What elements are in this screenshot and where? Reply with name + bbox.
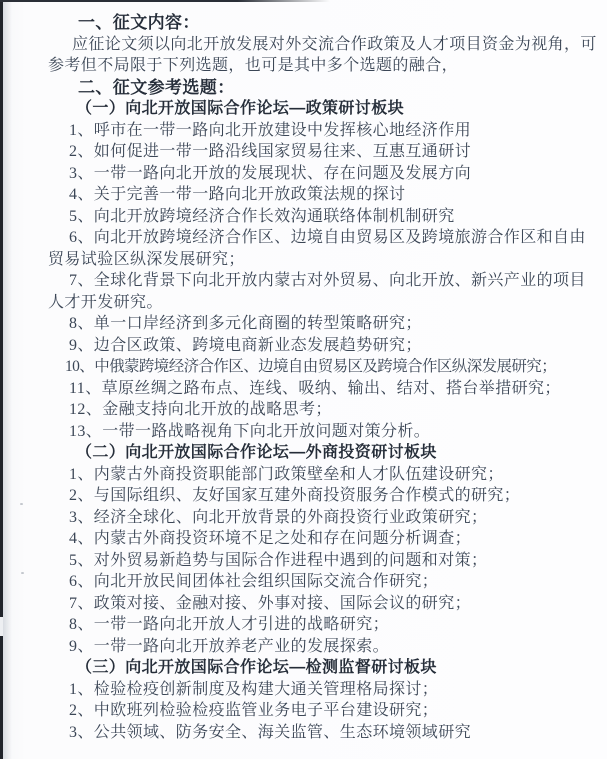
- list-item-continuation: 人才开发研究。: [48, 292, 595, 314]
- list-item: 4、关于完善一带一路向北开放政策法规的探讨: [48, 184, 595, 206]
- list-item: 11、草原丝绸之路布点、连线、吸纳、输出、结对、搭台举措研究；: [48, 378, 595, 400]
- list-item: 9、边合区政策、跨境电商新业态发展趋势研究；: [48, 335, 595, 357]
- list-item: 7、全球化背景下向北开放内蒙古对外贸易、向北开放、新兴产业的项目: [48, 270, 595, 292]
- list-item: 2、中欧班列检验检疫监管业务电子平台建设研究；: [48, 700, 595, 722]
- list-item: 8、一带一路向北开放人才引进的战略研究；: [48, 614, 595, 636]
- subheading-policy-forum: （一）向北开放国际合作论坛—政策研讨板块: [48, 98, 595, 120]
- list-item: 1、呼市在一带一路向北开放建设中发挥核心地经济作用: [48, 120, 595, 142]
- list-item: 8、单一口岸经济到多元化商圈的转型策略研究；: [48, 313, 595, 335]
- list-item: 6、向北开放跨境经济合作区、边境自由贸易区及跨境旅游合作区和自由: [48, 227, 595, 249]
- list-item: 3、经济全球化、向北开放背景的外商投资行业政策研究；: [48, 507, 595, 529]
- intro-paragraph-line: 参考但不局限于下列选题，也可是其中多个选题的融合，: [48, 55, 595, 77]
- heading-essay-content: 一、征文内容：: [48, 12, 595, 34]
- dust-speck: [21, 572, 24, 574]
- list-item: 6、向北开放民间团体社会组织国际交流合作研究；: [48, 571, 595, 593]
- list-item: 4、内蒙古外商投资环境不足之处和存在问题分析调查；: [48, 528, 595, 550]
- list-item: 12、金融支持向北开放的战略思考；: [48, 399, 595, 421]
- intro-paragraph-line: 应征论文须以向北开放发展对外交流合作政策及人才项目资金为视角，可: [48, 34, 595, 56]
- scan-edge-left-shadow: [3, 0, 12, 759]
- list-item-continuation: 贸易试验区纵深发展研究；: [48, 249, 595, 271]
- list-item: 3、一带一路向北开放的发展现状、存在问题及发展方向: [48, 163, 595, 185]
- list-item: 2、如何促进一带一路沿线国家贸易往来、互惠互通研讨: [48, 141, 595, 163]
- subheading-inspection-supervision-forum: （三）向北开放国际合作论坛—检测监督研讨板块: [48, 657, 595, 679]
- list-item: 9、一带一路向北开放养老产业的发展探索。: [48, 636, 595, 658]
- document-body: 一、征文内容： 应征论文须以向北开放发展对外交流合作政策及人才项目资金为视角，可…: [48, 12, 595, 743]
- list-item: 1、检验检疫创新制度及构建大通关管理格局探讨；: [48, 679, 595, 701]
- list-item: 1、内蒙古外商投资职能部门政策壁垒和人才队伍建设研究；: [48, 464, 595, 486]
- list-item: 5、对外贸易新趋势与国际合作进程中遇到的问题和对策；: [48, 550, 595, 572]
- list-item: 2、与国际组织、友好国家互建外商投资服务合作模式的研究；: [48, 485, 595, 507]
- scanned-document-page: 一、征文内容： 应征论文须以向北开放发展对外交流合作政策及人才项目资金为视角，可…: [0, 0, 607, 759]
- list-item: 13、一带一路战略视角下向北开放问题对策分析。: [48, 421, 595, 443]
- list-item: 3、公共领域、防务安全、海关监管、生态环境领域研究: [48, 722, 595, 744]
- scan-edge-notch: [0, 617, 3, 636]
- list-item: 7、政策对接、金融对接、外事对接、国际会议的研究；: [48, 593, 595, 615]
- scan-edge-top: [0, 0, 330, 2]
- dust-speck: [20, 503, 23, 505]
- list-item: 5、向北开放跨境经济合作长效沟通联络体制机制研究: [48, 206, 595, 228]
- heading-reference-topics: 二、征文参考选题：: [48, 77, 595, 99]
- list-item: 10、中俄蒙跨境经济合作区、边境自由贸易区及跨境合作区纵深发展研究；: [48, 356, 595, 378]
- subheading-foreign-investment-forum: （二）向北开放国际合作论坛—外商投资研讨板块: [48, 442, 595, 464]
